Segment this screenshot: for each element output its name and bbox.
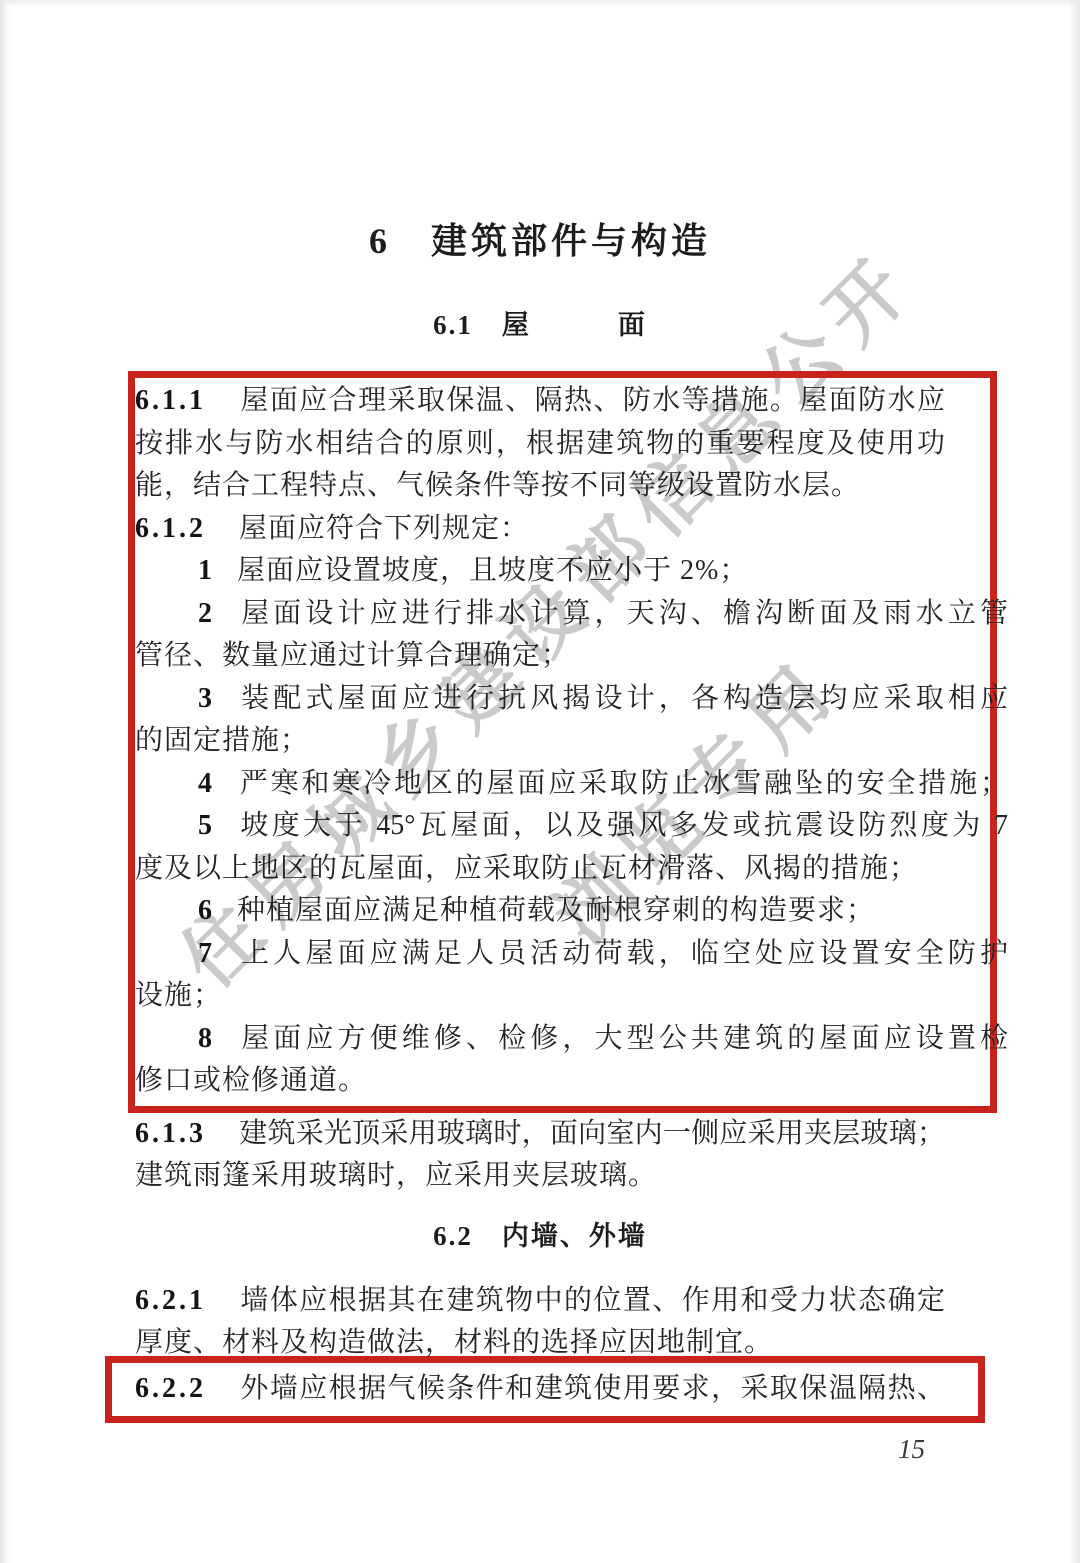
document-body: 6 建筑部件与构造 6.1 屋 面 6.1.1屋面应合理采取保温、隔热、防水等措…: [135, 0, 945, 1466]
clause-text: 屋面应合理采取保温、隔热、防水等措施。屋面防水应: [239, 385, 945, 416]
item-number: 8: [198, 1023, 212, 1054]
clause-text: 能，结合工程特点、气候条件等按不同等级设置防水层。: [135, 470, 860, 501]
list-item-8-line1: 8屋面应方便维修、检修，大型公共建筑的屋面应设置检: [135, 1018, 1008, 1061]
highlight-box-roof: 6.1.1屋面应合理采取保温、隔热、防水等措施。屋面防水应 按排水与防水相结合的…: [128, 371, 997, 1113]
item-number: 1: [198, 555, 212, 586]
list-item-5-line1: 5坡度大于 45°瓦屋面，以及强风多发或抗震设防烈度为 7: [135, 805, 1008, 848]
list-item-4: 4严寒和寒冷地区的屋面应采取防止冰雪融坠的安全措施；: [135, 763, 1008, 806]
chapter-title: 6 建筑部件与构造: [135, 216, 945, 266]
clause-number: 6.2.2: [135, 1373, 206, 1404]
clause-6-1-3-line2: 建筑雨篷采用玻璃时，应采用夹层玻璃。: [135, 1155, 945, 1198]
item-text: 管径、数量应通过计算合理确定；: [135, 640, 570, 671]
clause-number: 6.2.1: [135, 1285, 206, 1316]
item-text: 修口或检修通道。: [135, 1065, 367, 1096]
clause-6-1-1-line1: 6.1.1屋面应合理采取保温、隔热、防水等措施。屋面防水应: [135, 380, 945, 423]
item-text: 的固定措施；: [135, 725, 309, 756]
clause-number: 6.1.3: [135, 1118, 206, 1149]
scan-edge-right: [1068, 0, 1080, 1563]
list-item-7-line2: 设施；: [135, 975, 945, 1018]
section-heading-roof: 6.1 屋 面: [135, 303, 945, 347]
item-text: 上人屋面应满足人员活动荷载，临空处应设置安全防护: [237, 938, 1008, 969]
clause-6-1-1-line3: 能，结合工程特点、气候条件等按不同等级设置防水层。: [135, 465, 945, 508]
list-item-3-line2: 的固定措施；: [135, 720, 945, 763]
clause-6-1-3-line1: 6.1.3建筑采光顶采用玻璃时，面向室内一侧应采用夹层玻璃；: [135, 1113, 945, 1156]
list-item-3-line1: 3装配式屋面应进行抗风揭设计，各构造层均应采取相应: [135, 678, 1008, 721]
item-number: 5: [198, 810, 212, 841]
list-item-2-line2: 管径、数量应通过计算合理确定；: [135, 635, 945, 678]
highlight-box-wall: 6.2.2外墙应根据气候条件和建筑使用要求，采取保温隔热、: [105, 1356, 985, 1424]
list-item-1: 1屋面应设置坡度，且坡度不应小于 2%；: [135, 550, 1008, 593]
item-number: 3: [198, 683, 212, 714]
scanned-standard-page: { "colors":{ "highlight_red":"#c9241c", …: [0, 0, 1080, 1563]
item-text: 种植屋面应满足种植荷载及耐根穿刺的构造要求；: [237, 895, 875, 926]
clause-number: 6.1.1: [135, 385, 206, 416]
clause-number: 6.1.2: [135, 513, 206, 544]
clause-text: 外墙应根据气候条件和建筑使用要求，采取保温隔热、: [239, 1373, 945, 1404]
clause-text: 厚度、材料及构造做法，材料的选择应因地制宜。: [135, 1327, 773, 1358]
item-text: 装配式屋面应进行抗风揭设计，各构造层均应采取相应: [237, 683, 1008, 714]
item-number: 6: [198, 895, 212, 926]
item-text: 屋面应方便维修、检修，大型公共建筑的屋面应设置检: [237, 1023, 1008, 1054]
list-item-8-line2: 修口或检修通道。: [135, 1060, 945, 1103]
clause-text: 墙体应根据其在建筑物中的位置、作用和受力状态确定: [239, 1285, 945, 1316]
item-text: 度及以上地区的瓦屋面，应采取防止瓦材滑落、风揭的措施；: [135, 853, 918, 884]
clause-text: 屋面应符合下列规定：: [239, 513, 529, 544]
section-heading-walls: 6.2 内墙、外墙: [135, 1214, 945, 1258]
clause-text: 建筑采光顶采用玻璃时，面向室内一侧应采用夹层玻璃；: [239, 1118, 945, 1149]
list-item-7-line1: 7上人屋面应满足人员活动荷载，临空处应设置安全防护: [135, 933, 1008, 976]
item-number: 4: [198, 768, 212, 799]
item-text: 设施；: [135, 980, 222, 1011]
clause-text: 按排水与防水相结合的原则，根据建筑物的重要程度及使用功: [135, 428, 945, 459]
item-text: 屋面设计应进行排水计算，天沟、檐沟断面及雨水立管: [237, 598, 1008, 629]
clause-text: 建筑雨篷采用玻璃时，应采用夹层玻璃。: [135, 1160, 657, 1191]
item-number: 7: [198, 938, 212, 969]
clause-6-1-2-line1: 6.1.2屋面应符合下列规定：: [135, 508, 945, 551]
item-text: 屋面应设置坡度，且坡度不应小于 2%；: [237, 555, 748, 586]
page-number: 15: [135, 1432, 945, 1466]
scan-edge-left: [0, 0, 10, 1563]
item-number: 2: [198, 598, 212, 629]
item-text: 严寒和寒冷地区的屋面应采取防止冰雪融坠的安全措施；: [237, 768, 1008, 799]
clause-6-2-1-line1: 6.2.1墙体应根据其在建筑物中的位置、作用和受力状态确定: [135, 1280, 945, 1323]
item-text: 坡度大于 45°瓦屋面，以及强风多发或抗震设防烈度为 7: [237, 810, 1008, 841]
list-item-5-line2: 度及以上地区的瓦屋面，应采取防止瓦材滑落、风揭的措施；: [135, 848, 945, 891]
clause-6-2-2-line1: 6.2.2外墙应根据气候条件和建筑使用要求，采取保温隔热、: [135, 1368, 945, 1411]
clause-6-1-1-line2: 按排水与防水相结合的原则，根据建筑物的重要程度及使用功: [135, 423, 945, 466]
list-item-2-line1: 2屋面设计应进行排水计算，天沟、檐沟断面及雨水立管: [135, 593, 1008, 636]
list-item-6: 6种植屋面应满足种植荷载及耐根穿刺的构造要求；: [135, 890, 1008, 933]
